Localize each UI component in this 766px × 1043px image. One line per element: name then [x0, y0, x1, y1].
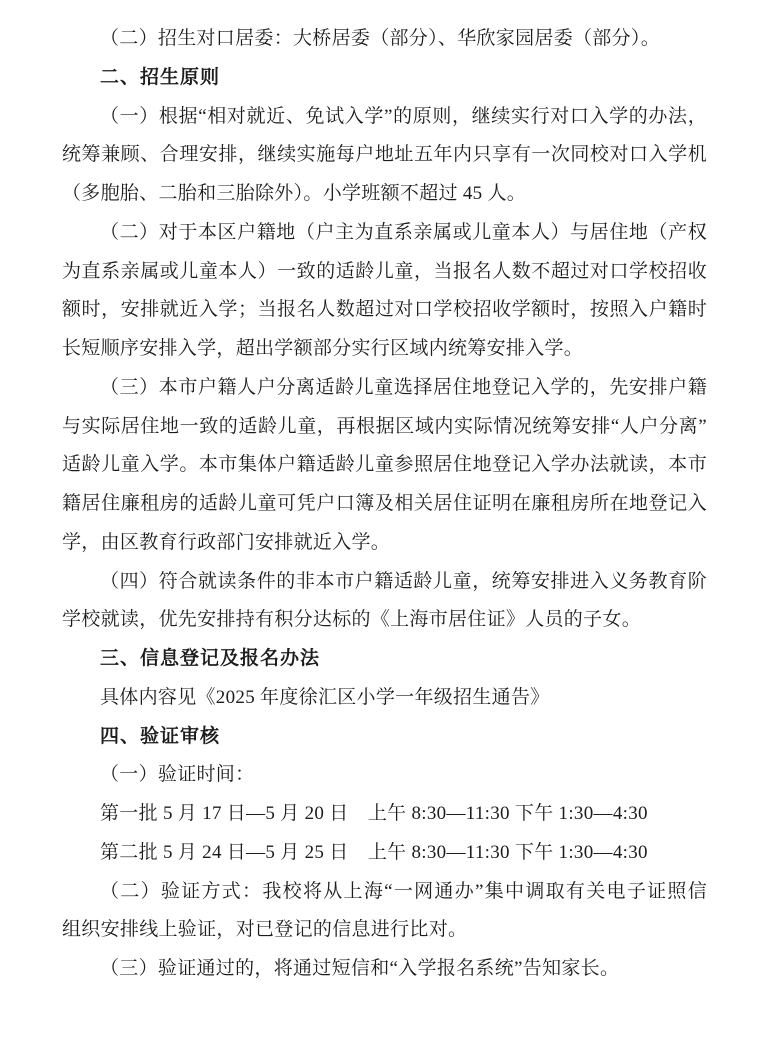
text-line: （二）招生对口居委：大桥居委（部分）、华欣家园居委（部分）。 [62, 20, 707, 59]
section-heading: 三、信息登记及报名办法 [62, 640, 707, 679]
text-line: （多胞胎、二胎和三胎除外）。小学班额不超过 45 人。 [62, 175, 707, 214]
text-line: 为直系亲属或儿童本人）一致的适龄儿童，当报名人数不超过对口学校招收学 [62, 253, 707, 292]
text-line: （三）验证通过的，将通过短信和“入学报名系统”告知家长。 [62, 950, 707, 989]
document-page: （二）招生对口居委：大桥居委（部分）、华欣家园居委（部分）。二、招生原则（一）根… [0, 0, 766, 1043]
text-line: （四）符合就读条件的非本市户籍适龄儿童，统筹安排进入义务教育阶段 [62, 563, 707, 602]
text-line: 学校就读，优先安排持有积分达标的《上海市居住证》人员的子女。 [62, 601, 707, 640]
document-body: （二）招生对口居委：大桥居委（部分）、华欣家园居委（部分）。二、招生原则（一）根… [62, 20, 707, 989]
text-line: （二）验证方式：我校将从上海“一网通办”集中调取有关电子证照信息， [62, 873, 707, 912]
text-line: （一）根据“相对就近、免试入学”的原则，继续实行对口入学的办法， [62, 98, 707, 137]
text-line: 额时，安排就近入学；当报名人数超过对口学校招收学额时，按照入户籍时间 [62, 291, 707, 330]
text-line: 组织安排线上验证，对已登记的信息进行比对。 [62, 911, 707, 950]
text-line: 与实际居住地一致的适龄儿童，再根据区域内实际情况统筹安排“人户分离” [62, 408, 707, 447]
text-line: 长短顺序安排入学，超出学额部分实行区域内统筹安排入学。 [62, 330, 707, 369]
text-line: 具体内容见《2025 年度徐汇区小学一年级招生通告》 [62, 679, 707, 718]
text-line: （一）验证时间： [62, 756, 707, 795]
text-line: 籍居住廉租房的适龄儿童可凭户口簿及相关居住证明在廉租房所在地登记入 [62, 485, 707, 524]
text-line: 统筹兼顾、合理安排，继续实施每户地址五年内只享有一次同校对口入学机会 [62, 136, 707, 175]
text-line: （三）本市户籍人户分离适龄儿童选择居住地登记入学的，先安排户籍地 [62, 369, 707, 408]
section-heading: 二、招生原则 [62, 59, 707, 98]
text-line: 学，由区教育行政部门安排就近入学。 [62, 524, 707, 563]
section-heading: 四、验证审核 [62, 718, 707, 757]
text-line: 第二批 5 月 24 日—5 月 25 日 上午 8:30—11:30 下午 1… [62, 834, 707, 873]
text-line: 第一批 5 月 17 日—5 月 20 日 上午 8:30—11:30 下午 1… [62, 795, 707, 834]
text-line: （二）对于本区户籍地（户主为直系亲属或儿童本人）与居住地（产权人 [62, 214, 707, 253]
text-line: 适龄儿童入学。本市集体户籍适龄儿童参照居住地登记入学办法就读，本市户 [62, 446, 707, 485]
